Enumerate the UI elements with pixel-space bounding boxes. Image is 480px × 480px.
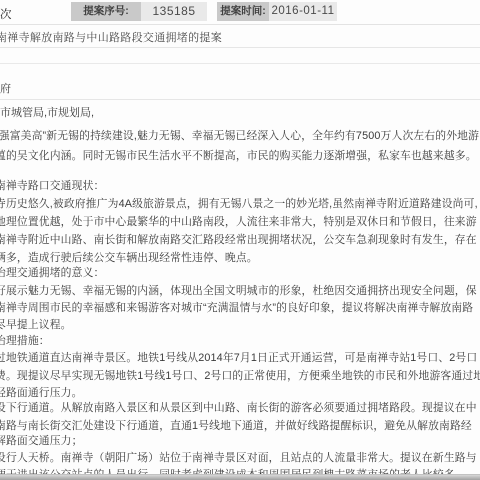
body-text-line: 南路与南长街交汇处建设下行通道，直通1号线地下通道，并做好线路提醒标识，避免从解… bbox=[0, 418, 472, 433]
session-label-fragment: 次 bbox=[0, 6, 12, 22]
body-text-line: 南禅寺周围市民的幸福感和来锡游客对城市“充满温情与水”的良好印象，提议将解决南禅… bbox=[0, 300, 473, 315]
proposal-detail-page: 次 提案序号: 135185 提案时间: 2016-01-11 南禅寺解放南路与… bbox=[0, 0, 480, 480]
proposal-number-label: 提案序号: bbox=[71, 2, 141, 21]
co-organizer-row: 市城管局,市规划局, bbox=[0, 99, 480, 122]
body-text-line: 尽早提上议程。 bbox=[0, 317, 72, 332]
body-text-line: 过地铁通道直达南禅寺景区。地铁1号线从2014年7月1日正式开通运营，可是南禅寺… bbox=[0, 350, 477, 365]
body-section-heading: 治理措施： bbox=[0, 333, 50, 348]
empty-field-row bbox=[0, 47, 480, 64]
window-bottom-edge bbox=[0, 474, 480, 480]
body-text-line: 地理位置优越，处于市中心最繁华的中山路南段，人流往来非常大，特别是双休日和节假日… bbox=[0, 214, 477, 229]
proposal-date-value: 2016-01-11 bbox=[269, 2, 337, 21]
body-section-heading: 治理交通拥堵的意义： bbox=[0, 265, 104, 280]
body-text-line: 费。现提议尽早实现无锡地铁1号线1号口、2号口的正常使用，方便乘坐地铁的市民和外… bbox=[0, 368, 480, 383]
title-row: 南禅寺解放南路与中山路路段交通拥堵的提案 bbox=[0, 24, 480, 48]
body-text-line: 蕴的吴文化内涵。同时无锡市民生活水平不断提高，市民的购买能力逐渐增强，私家车也越… bbox=[0, 148, 477, 163]
proposal-date-label: 提案时间: bbox=[217, 2, 269, 21]
body-section-heading: 南禅寺路口交通现状： bbox=[0, 178, 104, 193]
body-text-line: 好展示魅力无锡、幸福无锡的内涵，体现出全国文明城市的形象，杜绝因交通拥挤出现安全… bbox=[0, 283, 477, 298]
proposal-number-value: 135185 bbox=[141, 2, 207, 21]
body-text-line: “强富美高”新无锡的持续建设,魅力无锡、幸福无锡已经深入人心，全年约有7500万… bbox=[0, 128, 479, 143]
organizer-value: 府 bbox=[0, 80, 11, 96]
body-text-line: 南禅寺附近中山路、南长街和解放南路交汇路段经常出现拥堵状况，公交车急刹现象时有发… bbox=[0, 232, 477, 247]
body-text-line: 解路面交通压力； bbox=[0, 433, 83, 448]
co-organizer-value: 市城管局,市规划局, bbox=[0, 104, 94, 120]
organizer-row: 府 bbox=[0, 63, 480, 100]
body-text-line: 辆多，造成行驶后续公交车辆出现经常性违停、晚点。 bbox=[0, 250, 258, 265]
body-text-line: 设行人天桥。南禅寺（朝阳广场）站位于南禅寺景区对面，且站点的人流量非常大。提议在… bbox=[0, 450, 477, 465]
body-text-line: 设下行通道。从解放南路入景区和从景区到中山路、南长街的游客必须要通过拥堵路段。现… bbox=[0, 400, 477, 415]
proposal-title: 南禅寺解放南路与中山路路段交通拥堵的提案 bbox=[0, 29, 222, 45]
body-text-line: 轻路面通行压力。 bbox=[0, 385, 83, 400]
header-field-row: 次 提案序号: 135185 提案时间: 2016-01-11 bbox=[0, 0, 480, 25]
body-text-line: 寺历史悠久,被政府推广为4A级旅游景点，拥有无锡八景之一的妙光塔,虽然南禅寺附近… bbox=[0, 196, 478, 211]
proposal-body-text: “强富美高”新无锡的持续建设,魅力无锡、幸福无锡已经深入人心，全年约有7500万… bbox=[0, 121, 480, 480]
